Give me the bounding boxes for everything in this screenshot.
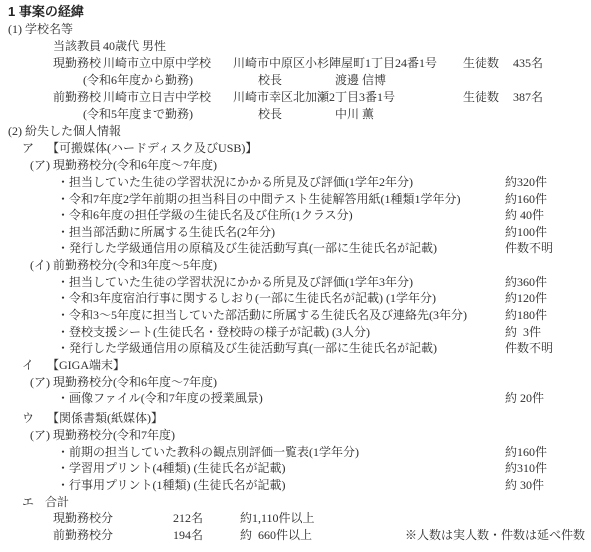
current-principal-name: 渡邊 信博 <box>335 73 386 88</box>
group-a-kana: ア <box>22 141 34 156</box>
item-count: 約320件 <box>505 175 547 190</box>
doc-title: 1 事案の経緯 <box>8 4 84 20</box>
teacher-label: 当該教員 <box>53 39 101 54</box>
total-current-label: 現勤務校分 <box>53 511 113 526</box>
previous-principal-name: 中川 薫 <box>335 107 374 122</box>
total-current-count: 約1,110件以上 <box>240 511 315 526</box>
item-text: ・担当していた生徒の学習状況にかかる所見及び評価(1学年3年分) <box>57 275 413 290</box>
item-count: 約120件 <box>505 291 547 306</box>
item-text: ・発行した学級通信用の原稿及び生徒活動写真(一部に生徒氏名が記載) <box>57 341 437 356</box>
item-text: ・令和3〜5年度に担当していた部活動に所属する生徒氏名及び連絡先(3年分) <box>57 308 467 323</box>
subsection-c1-label: (ア) 現勤務校分(令和7年度) <box>30 428 175 443</box>
current-school-address: 川崎市中原区小杉陣屋町1丁目24番1号 <box>233 56 437 71</box>
current-school-period: (令和6年度から勤務) <box>83 73 193 88</box>
subsection-a1-label: (ア) 現勤務校分(令和6年度〜7年度) <box>30 158 217 173</box>
item-text: ・令和6年度の担任学級の生徒氏名及び住所(1クラス分) <box>57 208 353 223</box>
item-text: ・行事用プリント(1種類) (生徒氏名が記載) <box>57 478 286 493</box>
group-a-title: 【可搬媒体(ハードディスク及びUSB)】 <box>47 141 257 156</box>
previous-principal-label: 校長 <box>258 107 282 122</box>
item-count: 約100件 <box>505 225 547 240</box>
item-count: 件数不明 <box>505 241 553 256</box>
subsection-a2-label: (イ) 前勤務校分(令和3年度〜5年度) <box>30 258 217 273</box>
item-count: 約 40件 <box>505 208 544 223</box>
item-count: 約180件 <box>505 308 547 323</box>
previous-students-value: 387名 <box>513 90 543 105</box>
totals-heading: 合計 <box>45 495 69 510</box>
item-count: 約160件 <box>505 445 547 460</box>
item-text: ・画像ファイル(令和7年度の授業風景) <box>57 391 263 406</box>
previous-students-label: 生徒数 <box>463 90 499 105</box>
section2-heading: (2) 紛失した個人情報 <box>8 124 121 139</box>
previous-school-address: 川崎市幸区北加瀬2丁目3番1号 <box>233 90 395 105</box>
subsection-b1-label: (ア) 現勤務校分(令和6年度〜7年度) <box>30 375 217 390</box>
group-c-kana: ウ <box>22 411 34 426</box>
item-count: 約 3件 <box>505 325 541 340</box>
group-c-title: 【関係書類(紙媒体)】 <box>47 411 163 426</box>
footnote: ※人数は実人数・件数は延べ件数 <box>405 528 585 543</box>
incident-report-document: 1 事案の経緯 (1) 学校名等 当該教員 40歳代 男性 現勤務校 川崎市立中… <box>0 0 591 552</box>
item-count: 件数不明 <box>505 341 553 356</box>
item-text: ・前期の担当していた教科の観点別評価一覧表(1学年分) <box>57 445 359 460</box>
item-text: ・担当部活動に所属する生徒氏名(2年分) <box>57 225 275 240</box>
item-text: ・発行した学級通信用の原稿及び生徒活動写真(一部に生徒氏名が記載) <box>57 241 437 256</box>
total-previous-label: 前勤務校分 <box>53 528 113 543</box>
item-text: ・令和7年度2学年前期の担当科目の中間テスト生徒解答用紙(1種類1学年分) <box>57 192 461 207</box>
total-previous-count: 約 660件以上 <box>240 528 312 543</box>
item-text: ・登校支援シート(生徒氏名・登校時の様子が記載) (3人分) <box>57 325 370 340</box>
previous-school-name: 川崎市立日吉中学校 <box>103 90 211 105</box>
item-text: ・学習用プリント(4種類) (生徒氏名が記載) <box>57 461 286 476</box>
previous-school-label: 前勤務校 <box>53 90 101 105</box>
current-school-name: 川崎市立中原中学校 <box>103 56 211 71</box>
total-previous-people: 194名 <box>173 528 203 543</box>
current-school-label: 現勤務校 <box>53 56 101 71</box>
item-count: 約160件 <box>505 192 547 207</box>
current-students-label: 生徒数 <box>463 56 499 71</box>
item-text: ・令和3年度宿泊行事に関するしおり(一部に生徒氏名が記載) (1学年分) <box>57 291 436 306</box>
total-current-people: 212名 <box>173 511 203 526</box>
group-b-kana: イ <box>22 358 34 373</box>
item-count: 約 30件 <box>505 478 544 493</box>
item-count: 約 20件 <box>505 391 544 406</box>
section1-heading: (1) 学校名等 <box>8 22 73 37</box>
item-count: 約360件 <box>505 275 547 290</box>
item-text: ・担当していた生徒の学習状況にかかる所見及び評価(1学年2年分) <box>57 175 413 190</box>
item-count: 約310件 <box>505 461 547 476</box>
current-students-value: 435名 <box>513 56 543 71</box>
current-principal-label: 校長 <box>258 73 282 88</box>
previous-school-period: (令和5年度まで勤務) <box>83 107 193 122</box>
totals-kana: エ <box>22 495 34 510</box>
teacher-value: 40歳代 男性 <box>103 39 166 54</box>
group-b-title: 【GIGA端末】 <box>47 358 125 373</box>
